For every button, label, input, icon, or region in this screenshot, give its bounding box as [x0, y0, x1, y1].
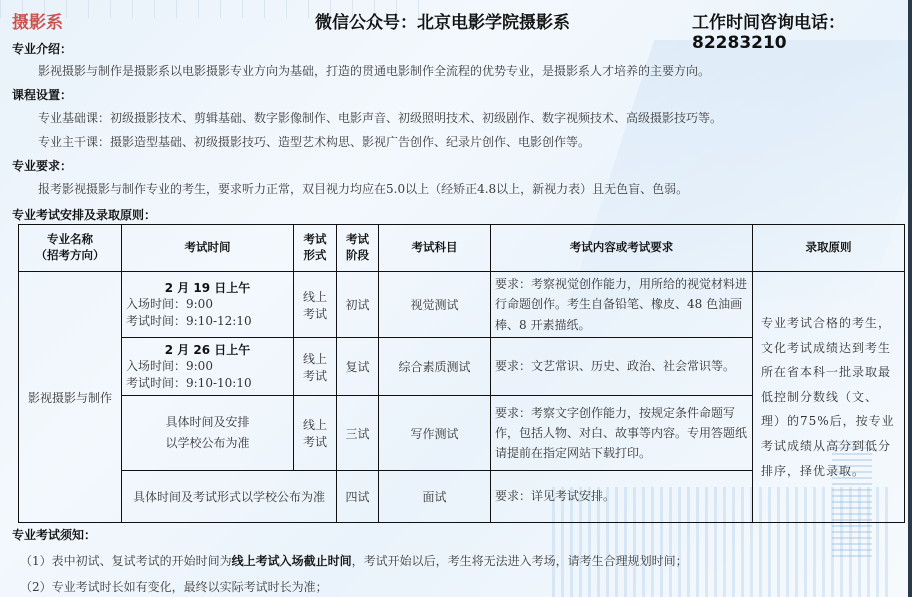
header-form: 考试形式 [294, 225, 337, 272]
exam-stage: 初试 [337, 272, 379, 338]
exam-content: 要求：详见考试安排。 [491, 471, 753, 523]
exam-time: 2 月 19 日上午 入场时间：9:00 考试时间：9:10-12:10 [122, 272, 294, 338]
exam-stage: 三试 [337, 396, 379, 471]
exam-time: 2 月 26 日上午 入场时间：9:00 考试时间：9:10-10:10 [122, 338, 294, 396]
exam-content: 要求：文艺常识、历史、政治、社会常识等。 [491, 338, 753, 396]
header-major: 专业名称（招考方向） [19, 225, 122, 272]
exam-stage: 四试 [337, 471, 379, 523]
admission-principle: 专业考试合格的考生，文化考试成绩达到考生所在省本科一批录取最低控制分数线（文、理… [753, 272, 905, 523]
header-time: 考试时间 [122, 225, 294, 272]
exam-content: 要求：考察文字创作能力，按规定条件命题写作，包括人物、对白、故事等内容。专用答题… [491, 396, 753, 471]
intro-heading: 专业介绍： [12, 40, 72, 57]
exam-subject: 面试 [379, 471, 491, 523]
exam-time-and-form: 具体时间及考试形式以学校公布为准 [122, 471, 337, 523]
header-stage: 考试阶段 [337, 225, 379, 272]
header-subject: 考试科目 [379, 225, 491, 272]
table-header-row: 专业名称（招考方向） 考试时间 考试形式 考试阶段 考试科目 考试内容或考试要求… [19, 225, 905, 272]
header-admission: 录取原则 [753, 225, 905, 272]
note-item-2: （2）专业考试时长如有变化，最终以实际考试时长为准； [20, 578, 328, 595]
table-row: 影视摄影与制作 2 月 19 日上午 入场时间：9:00 考试时间：9:10-1… [19, 272, 905, 338]
requirements-text: 报考影视摄影与制作专业的考生，要求听力正常，双目视力均应在5.0以上（经矫正4.… [38, 180, 688, 197]
exam-time: 具体时间及安排以学校公布为准 [122, 396, 294, 471]
right-edge-strip [908, 0, 912, 597]
major-name: 影视摄影与制作 [19, 272, 122, 523]
note-item-1: （1）表中初试、复试考试的开始时间为线上考试入场截止时间，考试开始以后，考生将无… [20, 552, 688, 569]
department-title: 摄影系 [12, 8, 63, 33]
wechat-account: 微信公众号：北京电影学院摄影系 [315, 8, 570, 33]
note-emphasis: 线上考试入场截止时间 [232, 554, 352, 568]
basic-courses: 专业基础课：初级摄影技术、剪辑基础、数字影像制作、电影声音、初级照明技术、初级剧… [38, 109, 722, 126]
courses-heading: 课程设置： [12, 86, 72, 103]
exam-form: 线上考试 [294, 272, 337, 338]
exam-subject: 视觉测试 [379, 272, 491, 338]
consult-phone: 工作时间咨询电话：82283210 [692, 8, 912, 53]
notes-heading: 专业考试须知： [12, 526, 96, 543]
core-courses: 专业主干课：摄影造型基础、初级摄影技巧、造型艺术构思、影视广告创作、纪录片创作、… [38, 133, 590, 150]
exam-form: 线上考试 [294, 338, 337, 396]
exam-form: 线上考试 [294, 396, 337, 471]
exam-stage: 复试 [337, 338, 379, 396]
exam-subject: 写作测试 [379, 396, 491, 471]
exam-schedule-table: 专业名称（招考方向） 考试时间 考试形式 考试阶段 考试科目 考试内容或考试要求… [18, 224, 905, 523]
header-content: 考试内容或考试要求 [491, 225, 753, 272]
exam-content: 要求：考察视觉创作能力，用所给的视觉材料进行命题创作。考生自备铅笔、橡皮、48 … [491, 272, 753, 338]
intro-text: 影视摄影与制作是摄影系以电影摄影专业方向为基础，打造的贯通电影制作全流程的优势专… [38, 62, 710, 79]
exam-subject: 综合素质测试 [379, 338, 491, 396]
exam-heading: 专业考试安排及录取原则： [12, 206, 156, 223]
requirements-heading: 专业要求： [12, 157, 72, 174]
